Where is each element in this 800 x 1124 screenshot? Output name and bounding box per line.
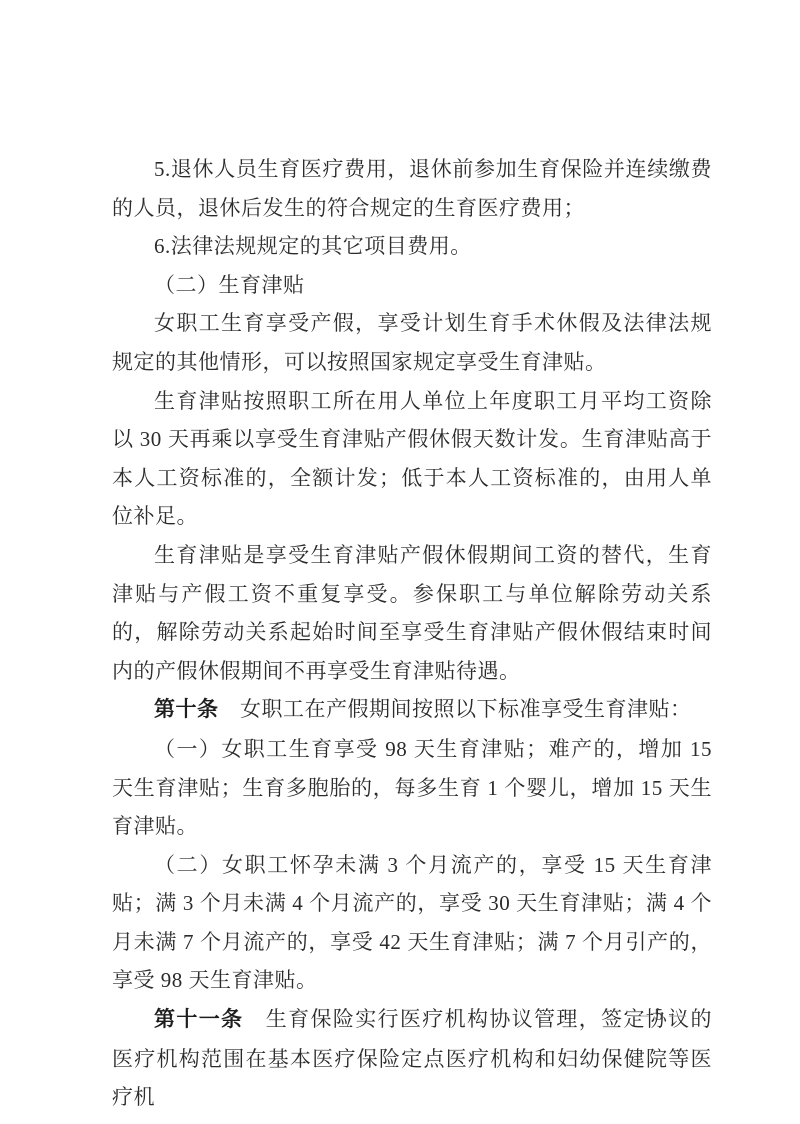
article-10-number: 第十条 (154, 698, 219, 721)
paragraph-allowance-replacement: 生育津贴是享受生育津贴产假休假期间工资的替代，生育津贴与产假工资不重复享受。参保… (112, 536, 712, 690)
paragraph-article-10-item2: （二）女职工怀孕未满 3 个月流产的，享受 15 天生育津贴；满 3 个月未满 … (112, 846, 712, 1000)
article-10-text: 女职工在产假期间按照以下标准享受生育津贴： (219, 697, 692, 721)
document-page: 5.退休人员生育医疗费用，退休前参加生育保险并连续缴费的人员，退休后发生的符合规… (0, 0, 800, 1124)
article-11-number: 第十一条 (154, 1008, 243, 1031)
document-body: 5.退休人员生育医疗费用，退休前参加生育保险并连续缴费的人员，退休后发生的符合规… (112, 150, 712, 1117)
paragraph-article-11: 第十一条 生育保险实行医疗机构协议管理，签定协议的医疗机构范围在基本医疗保险定点… (112, 1000, 712, 1117)
paragraph-article-10-item1: （一）女职工生育享受 98 天生育津贴；难产的，增加 15 天生育津贴；生育多胞… (112, 730, 712, 846)
page-footer: —5— (632, 1002, 689, 1028)
paragraph-item6-other-fees: 6.法律法规规定的其它项目费用。 (112, 227, 712, 266)
footer-dash-left: — (632, 1005, 651, 1024)
section-heading-maternity-allowance: （二）生育津贴 (112, 266, 712, 305)
paragraph-maternity-leave-entitlement: 女职工生育享受产假，享受计划生育手术休假及法律法规规定的其他情形，可以按照国家规… (112, 304, 712, 381)
paragraph-item5-medical-fees: 5.退休人员生育医疗费用，退休前参加生育保险并连续缴费的人员，退休后发生的符合规… (112, 150, 712, 227)
page-number: 5 (651, 1005, 670, 1024)
footer-dash-right: — (669, 1005, 688, 1024)
paragraph-article-10: 第十条 女职工在产假期间按照以下标准享受生育津贴： (112, 690, 712, 730)
paragraph-allowance-calculation: 生育津贴按照职工所在用人单位上年度职工月平均工资除以 30 天再乘以享受生育津贴… (112, 382, 712, 536)
